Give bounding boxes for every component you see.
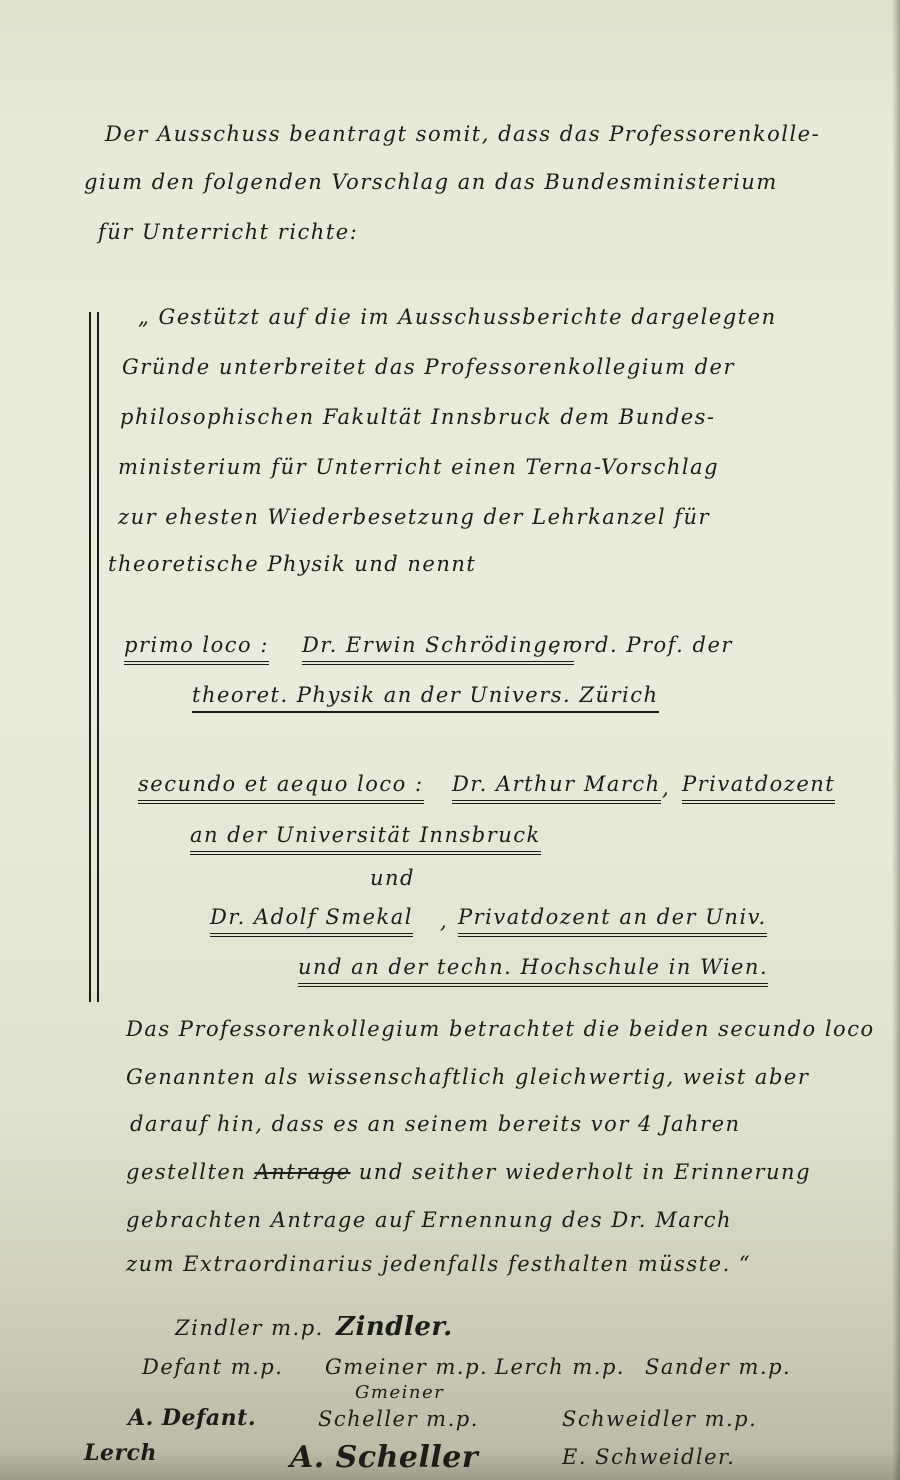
quote-line-4: ministerium für Unterricht einen Terna-V… [118,455,719,479]
primo-loco-label: primo loco : [124,633,269,665]
primo-loco-title-1: , ord. Prof. der [553,633,733,657]
signature-zindler-typed: Zindler m.p. [175,1316,324,1340]
intro-line-2: gium den folgenden Vorschlag an das Bund… [84,170,778,194]
quote-line-6: theoretische Physik und nennt [108,552,476,576]
quote-line-5: zur ehesten Wiederbesetzung der Lehrkanz… [118,505,710,529]
signature-defant: A. Defant. [128,1405,256,1431]
closing-line-6: zum Extraordinarius jedenfalls festhalte… [126,1252,751,1276]
secundo-loco-candidate-2: Dr. Adolf Smekal [210,905,413,937]
secundo-title-4: und an der techn. Hochschule in Wien. [298,955,768,987]
closing-line-1: Das Professorenkollegium betrachtet die … [126,1017,875,1041]
signature-schweidler-typed: Schweidler m.p. [562,1407,757,1431]
signature-defant-typed: Defant m.p. [142,1355,283,1379]
secundo-title-1: Privatdozent [682,772,835,804]
signature-lerch: Lerch [84,1440,157,1466]
intro-line-3: für Unterricht richte: [98,220,358,244]
secundo-loco-candidate-1: Dr. Arthur March [452,772,661,804]
signature-scheller: A. Scheller [290,1440,478,1475]
secundo-comma-2: , [440,909,448,933]
closing-line-5: gebrachten Antrage auf Ernennung des Dr.… [126,1208,732,1232]
signature-sander-typed: Sander m.p. [645,1355,791,1379]
secundo-title-2: an der Universität Innsbruck [190,823,541,855]
signature-gmeiner: Gmeiner [355,1382,444,1403]
signature-schweidler: E. Schweidler. [562,1445,735,1469]
quote-line-2: Gründe unterbreitet das Professorenkolle… [122,355,735,379]
secundo-loco-label: secundo et aequo loco : [138,772,424,804]
signature-scheller-typed: Scheller m.p. [318,1407,479,1431]
margin-double-rule [89,312,99,1002]
intro-line-1: Der Ausschuss beantragt somit, dass das … [105,122,820,146]
secundo-comma-1: , [662,776,670,800]
secundo-und: und [370,866,415,890]
closing-line-2: Genannten als wissenschaftlich gleichwer… [126,1065,809,1089]
quote-line-3: philosophischen Fakultät Innsbruck dem B… [120,405,716,429]
signature-lerch-typed: Lerch m.p. [495,1355,625,1379]
primo-loco-candidate: Dr. Erwin Schrödinger [302,633,574,665]
primo-loco-title-2: theoret. Physik an der Univers. Zürich [192,683,659,713]
closing-line-4-post: und seither wiederholt in Erinnerung [359,1160,811,1184]
signature-zindler: Zindler. [336,1312,453,1342]
quote-line-1: „ Gestützt auf die im Ausschussberichte … [138,305,777,329]
struck-word: Antrage [255,1160,351,1184]
signature-gmeiner-typed: Gmeiner m.p. [325,1355,488,1379]
closing-line-3: darauf hin, dass es an seinem bereits vo… [130,1112,741,1136]
secundo-title-3: Privatdozent an der Univ. [458,905,767,937]
page-edge-shadow [892,0,900,1480]
closing-line-4: gestellten Antrage und seither wiederhol… [126,1160,811,1184]
closing-line-4-pre: gestellten [126,1160,246,1184]
